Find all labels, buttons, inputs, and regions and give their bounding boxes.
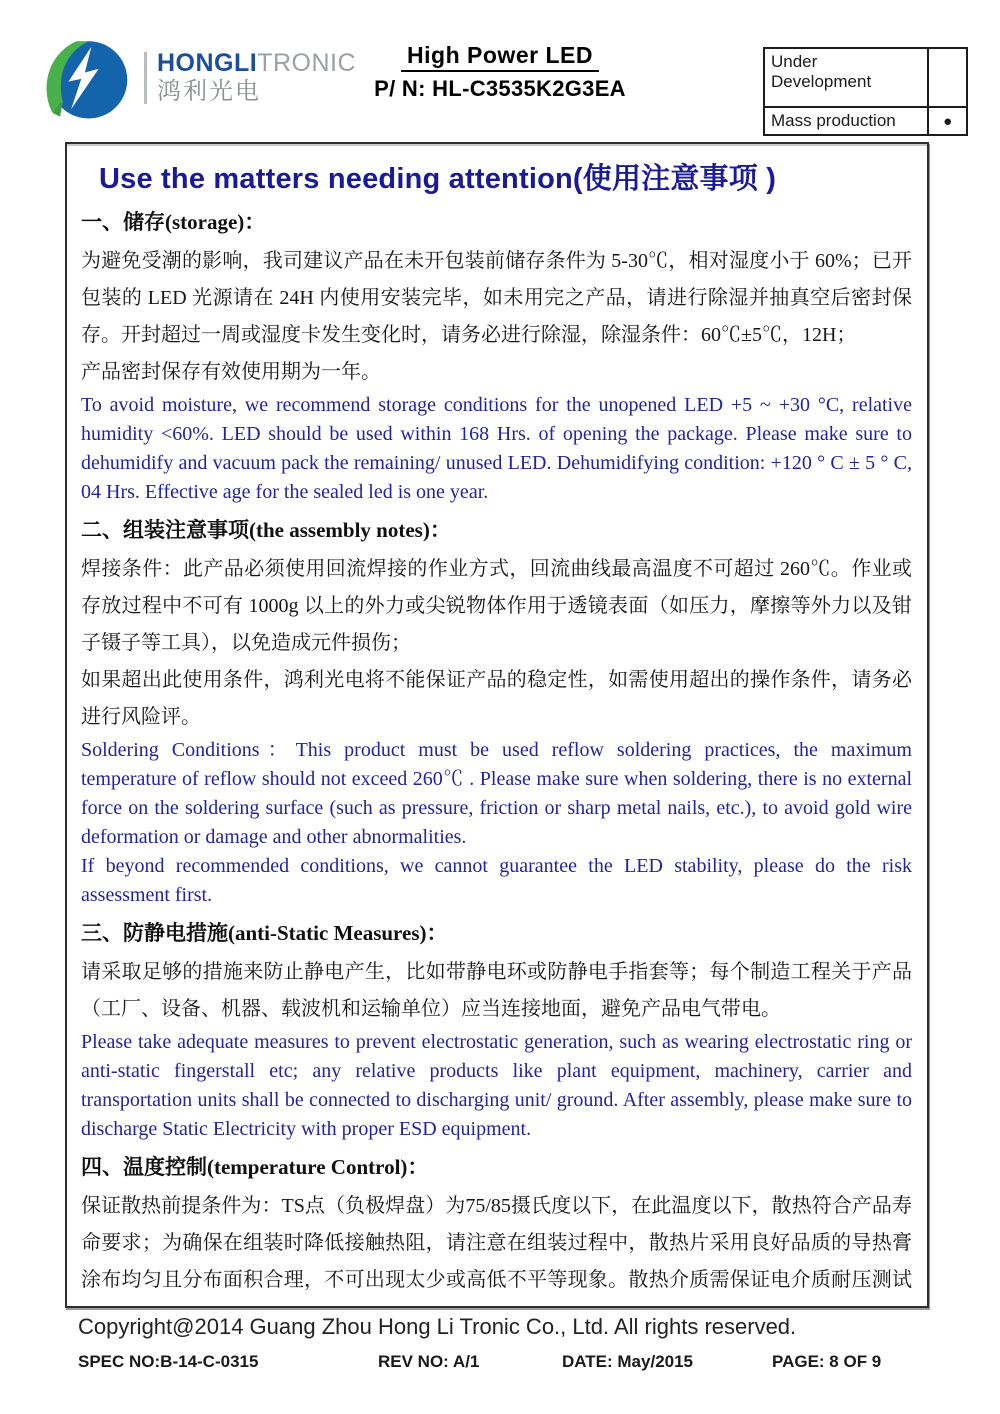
assembly-text-chinese: 焊接条件：此产品必须使用回流焊接的作业方式，回流曲线最高温度不可超过 260℃。… (81, 551, 912, 662)
status-label-under-development: Under Development (764, 48, 928, 107)
attention-notes-box: Use the matters needing attention(使用注意事项… (65, 142, 929, 1308)
assembly-text-english: Soldering Conditions：This product must b… (81, 736, 912, 852)
page-number: PAGE: 8 OF 9 (772, 1352, 881, 1372)
storage-text-chinese-2: 产品密封保存有效使用期为一年。 (81, 354, 912, 391)
document-date: DATE: May/2015 (562, 1352, 693, 1372)
revision-number: REV NO: A/1 (378, 1352, 479, 1372)
copyright-notice: Copyright@2014 Guang Zhou Hong Li Tronic… (78, 1314, 796, 1340)
antistatic-text-chinese: 请采取足够的措施来防止静电产生，比如带静电环或防静电手指套等；每个制造工程关于产… (81, 954, 912, 1028)
storage-text-chinese: 为避免受潮的影响，我司建议产品在未开包装前储存条件为 5-30℃，相对湿度小于 … (81, 243, 912, 354)
status-marker-mass-production: ● (928, 107, 967, 135)
antistatic-heading: 三、防静电措施(anti-Static Measures)： (81, 918, 912, 948)
storage-heading: 一、储存(storage)： (81, 207, 912, 237)
assembly-heading: 二、组装注意事项(the assembly notes)： (81, 515, 912, 545)
brand-name-chinese: 鸿利光电 (157, 80, 356, 105)
company-logo: HONGLITRONIC 鸿利光电 (38, 30, 368, 125)
hongli-logo-icon (38, 32, 130, 124)
spec-sheet-page: HONGLITRONIC 鸿利光电 High Power LED P/ N: H… (0, 0, 1000, 1414)
assembly-text-english-2: If beyond recommended conditions, we can… (81, 852, 912, 910)
document-title: High Power LED (401, 42, 599, 72)
status-marker-under-development (928, 48, 967, 107)
document-footer: SPEC NO:B-14-C-0315 REV NO: A/1 DATE: Ma… (0, 1352, 1000, 1382)
spec-number: SPEC NO:B-14-C-0315 (78, 1352, 258, 1372)
document-header: High Power LED P/ N: HL-C3535K2G3EA (340, 42, 660, 102)
production-status-table: Under Development Mass production ● (763, 47, 968, 136)
table-row: Under Development (764, 48, 967, 107)
brand-name: HONGLITRONIC (157, 50, 356, 76)
assembly-text-chinese-2: 如果超出此使用条件，鸿利光电将不能保证产品的稳定性，如需使用超出的操作条件，请务… (81, 662, 912, 736)
status-label-mass-production: Mass production (764, 107, 928, 135)
temperature-text-chinese: 保证散热前提条件为：TS点（负极焊盘）为75/85摄氏度以下，在此温度以下，散热… (81, 1188, 912, 1308)
section-title: Use the matters needing attention(使用注意事项… (99, 156, 912, 197)
storage-text-english: To avoid moisture, we recommend storage … (81, 391, 912, 507)
part-number: P/ N: HL-C3535K2G3EA (340, 76, 660, 102)
logo-divider (144, 52, 147, 104)
temperature-heading: 四、温度控制(temperature Control)： (81, 1152, 912, 1182)
table-row: Mass production ● (764, 107, 967, 135)
brand-name-primary: HONGLI (157, 49, 257, 77)
antistatic-text-english: Please take adequate measures to prevent… (81, 1028, 912, 1144)
